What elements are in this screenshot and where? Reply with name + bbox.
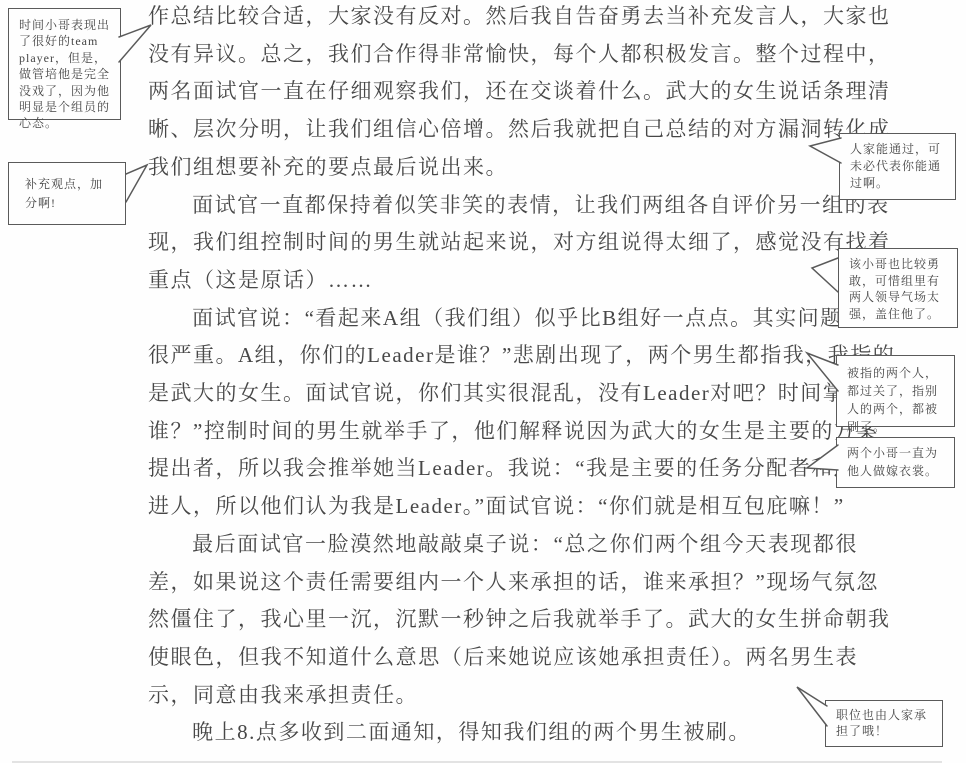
text-line: 重点（这是原话）…… xyxy=(148,262,858,300)
text-line: 晚上8.点多收到二面通知，得知我们组的两个男生被刷。 xyxy=(148,714,858,752)
comment-bubble-left-2: 补充观点，加分啊! xyxy=(8,162,126,225)
speech-tail-icon xyxy=(117,23,155,67)
speech-tail-icon xyxy=(804,441,841,475)
comment-bubble-left-1: 时间小哥表现出了很好的team player，但是，做管培他是完全没戏了，因为他… xyxy=(8,8,121,120)
comment-bubble-right-2: 该小哥也比较勇敢，可惜组里有两人领导气场太强，盖住他了。 xyxy=(838,248,958,328)
text-line: 现，我们组控制时间的男生就站起来说，对方组说得太细了，感觉没有找着 xyxy=(148,224,858,262)
text-line: 面试官一直都保持着似笑非笑的表情，让我们两组各自评价另一组的表 xyxy=(148,187,858,225)
comment-bubble-right-4: 两个小哥一直为他人做嫁衣裳。 xyxy=(836,437,955,488)
speech-tail-icon xyxy=(804,349,841,395)
comment-text: 人家能通过，可未必代表你能通过啊。 xyxy=(850,141,947,192)
speech-tail-icon xyxy=(794,682,830,731)
comment-text: 两个小哥一直为他人做嫁衣裳。 xyxy=(847,445,946,480)
text-line: 作总结比较合适，大家没有反对。然后我自告奋勇去当补充发言人，大家也 xyxy=(148,0,858,36)
text-line: 使眼色，但我不知道什么意思（后来她说应该她承担责任）。两名男生表 xyxy=(148,639,858,677)
speech-tail-icon xyxy=(807,132,845,168)
comment-text: 补充观点，加分啊! xyxy=(25,175,115,213)
text-line: 两名面试官一直在仔细观察我们，还在交谈着什么。武大的女生说话条理清 xyxy=(148,73,858,111)
comment-bubble-right-3: 被指的两个人，都过关了，指别人的两个，都被刷了。 xyxy=(836,355,955,427)
text-line: 差，如果说这个责任需要组内一个人来承担的话，谁来承担？”现场气氛忽 xyxy=(148,564,858,602)
text-line: 面试官说：“看起来A组（我们组）似乎比B组好一点点。其实问题都 xyxy=(148,300,858,338)
text-line: 没有异议。总之，我们合作得非常愉快，每个人都积极发言。整个过程中， xyxy=(148,36,858,74)
comment-bubble-right-5: 职位也由人家承担了哦！ xyxy=(825,700,943,747)
comment-text: 时间小哥表现出了很好的team player，但是，做管培他是完全没戏了，因为他… xyxy=(19,17,112,132)
text-line: 晰、层次分明，让我们组信心倍增。然后我就把自己总结的对方漏洞转化成 xyxy=(148,111,858,149)
speech-tail-icon xyxy=(124,158,152,206)
comment-text: 被指的两个人，都过关了，指别人的两个，都被刷了。 xyxy=(847,364,946,436)
text-line: 最后面试官一脸漠然地敲敲桌子说：“总之你们两个组今天表现都很 xyxy=(148,526,858,564)
speech-tail-icon xyxy=(809,252,842,296)
text-line: 谁？”控制时间的男生就举手了，他们解释说因为武大的女生是主要的方案 xyxy=(148,413,858,451)
document-body: 作总结比较合适，大家没有反对。然后我自告奋勇去当补充发言人，大家也 没有异议。总… xyxy=(148,0,858,752)
text-line: 提出者，所以我会推举她当Leader。我说：“我是主要的任务分配者和过程推 xyxy=(148,450,858,488)
text-line: 很严重。A组，你们的Leader是谁？”悲剧出现了，两个男生都指我，我指的 xyxy=(148,337,858,375)
text-line: 示，同意由我来承担责任。 xyxy=(148,677,858,715)
text-line: 我们组想要补充的要点最后说出来。 xyxy=(148,149,858,187)
comment-bubble-right-1: 人家能通过，可未必代表你能通过啊。 xyxy=(839,133,956,200)
comment-text: 职位也由人家承担了哦！ xyxy=(836,707,934,739)
comment-text: 该小哥也比较勇敢，可惜组里有两人领导气场太强，盖住他了。 xyxy=(849,256,949,322)
scanned-document-page: 作总结比较合适，大家没有反对。然后我自告奋勇去当补充发言人，大家也 没有异议。总… xyxy=(0,0,966,763)
text-line: 是武大的女生。面试官说，你们其实很混乱，没有Leader对吧？时间掌控是 xyxy=(148,375,858,413)
text-line: 进人，所以他们认为我是Leader。”面试官说：“你们就是相互包庇嘛！” xyxy=(148,488,858,526)
text-line: 然僵住了，我心里一沉，沉默一秒钟之后我就举手了。武大的女生拼命朝我 xyxy=(148,601,858,639)
